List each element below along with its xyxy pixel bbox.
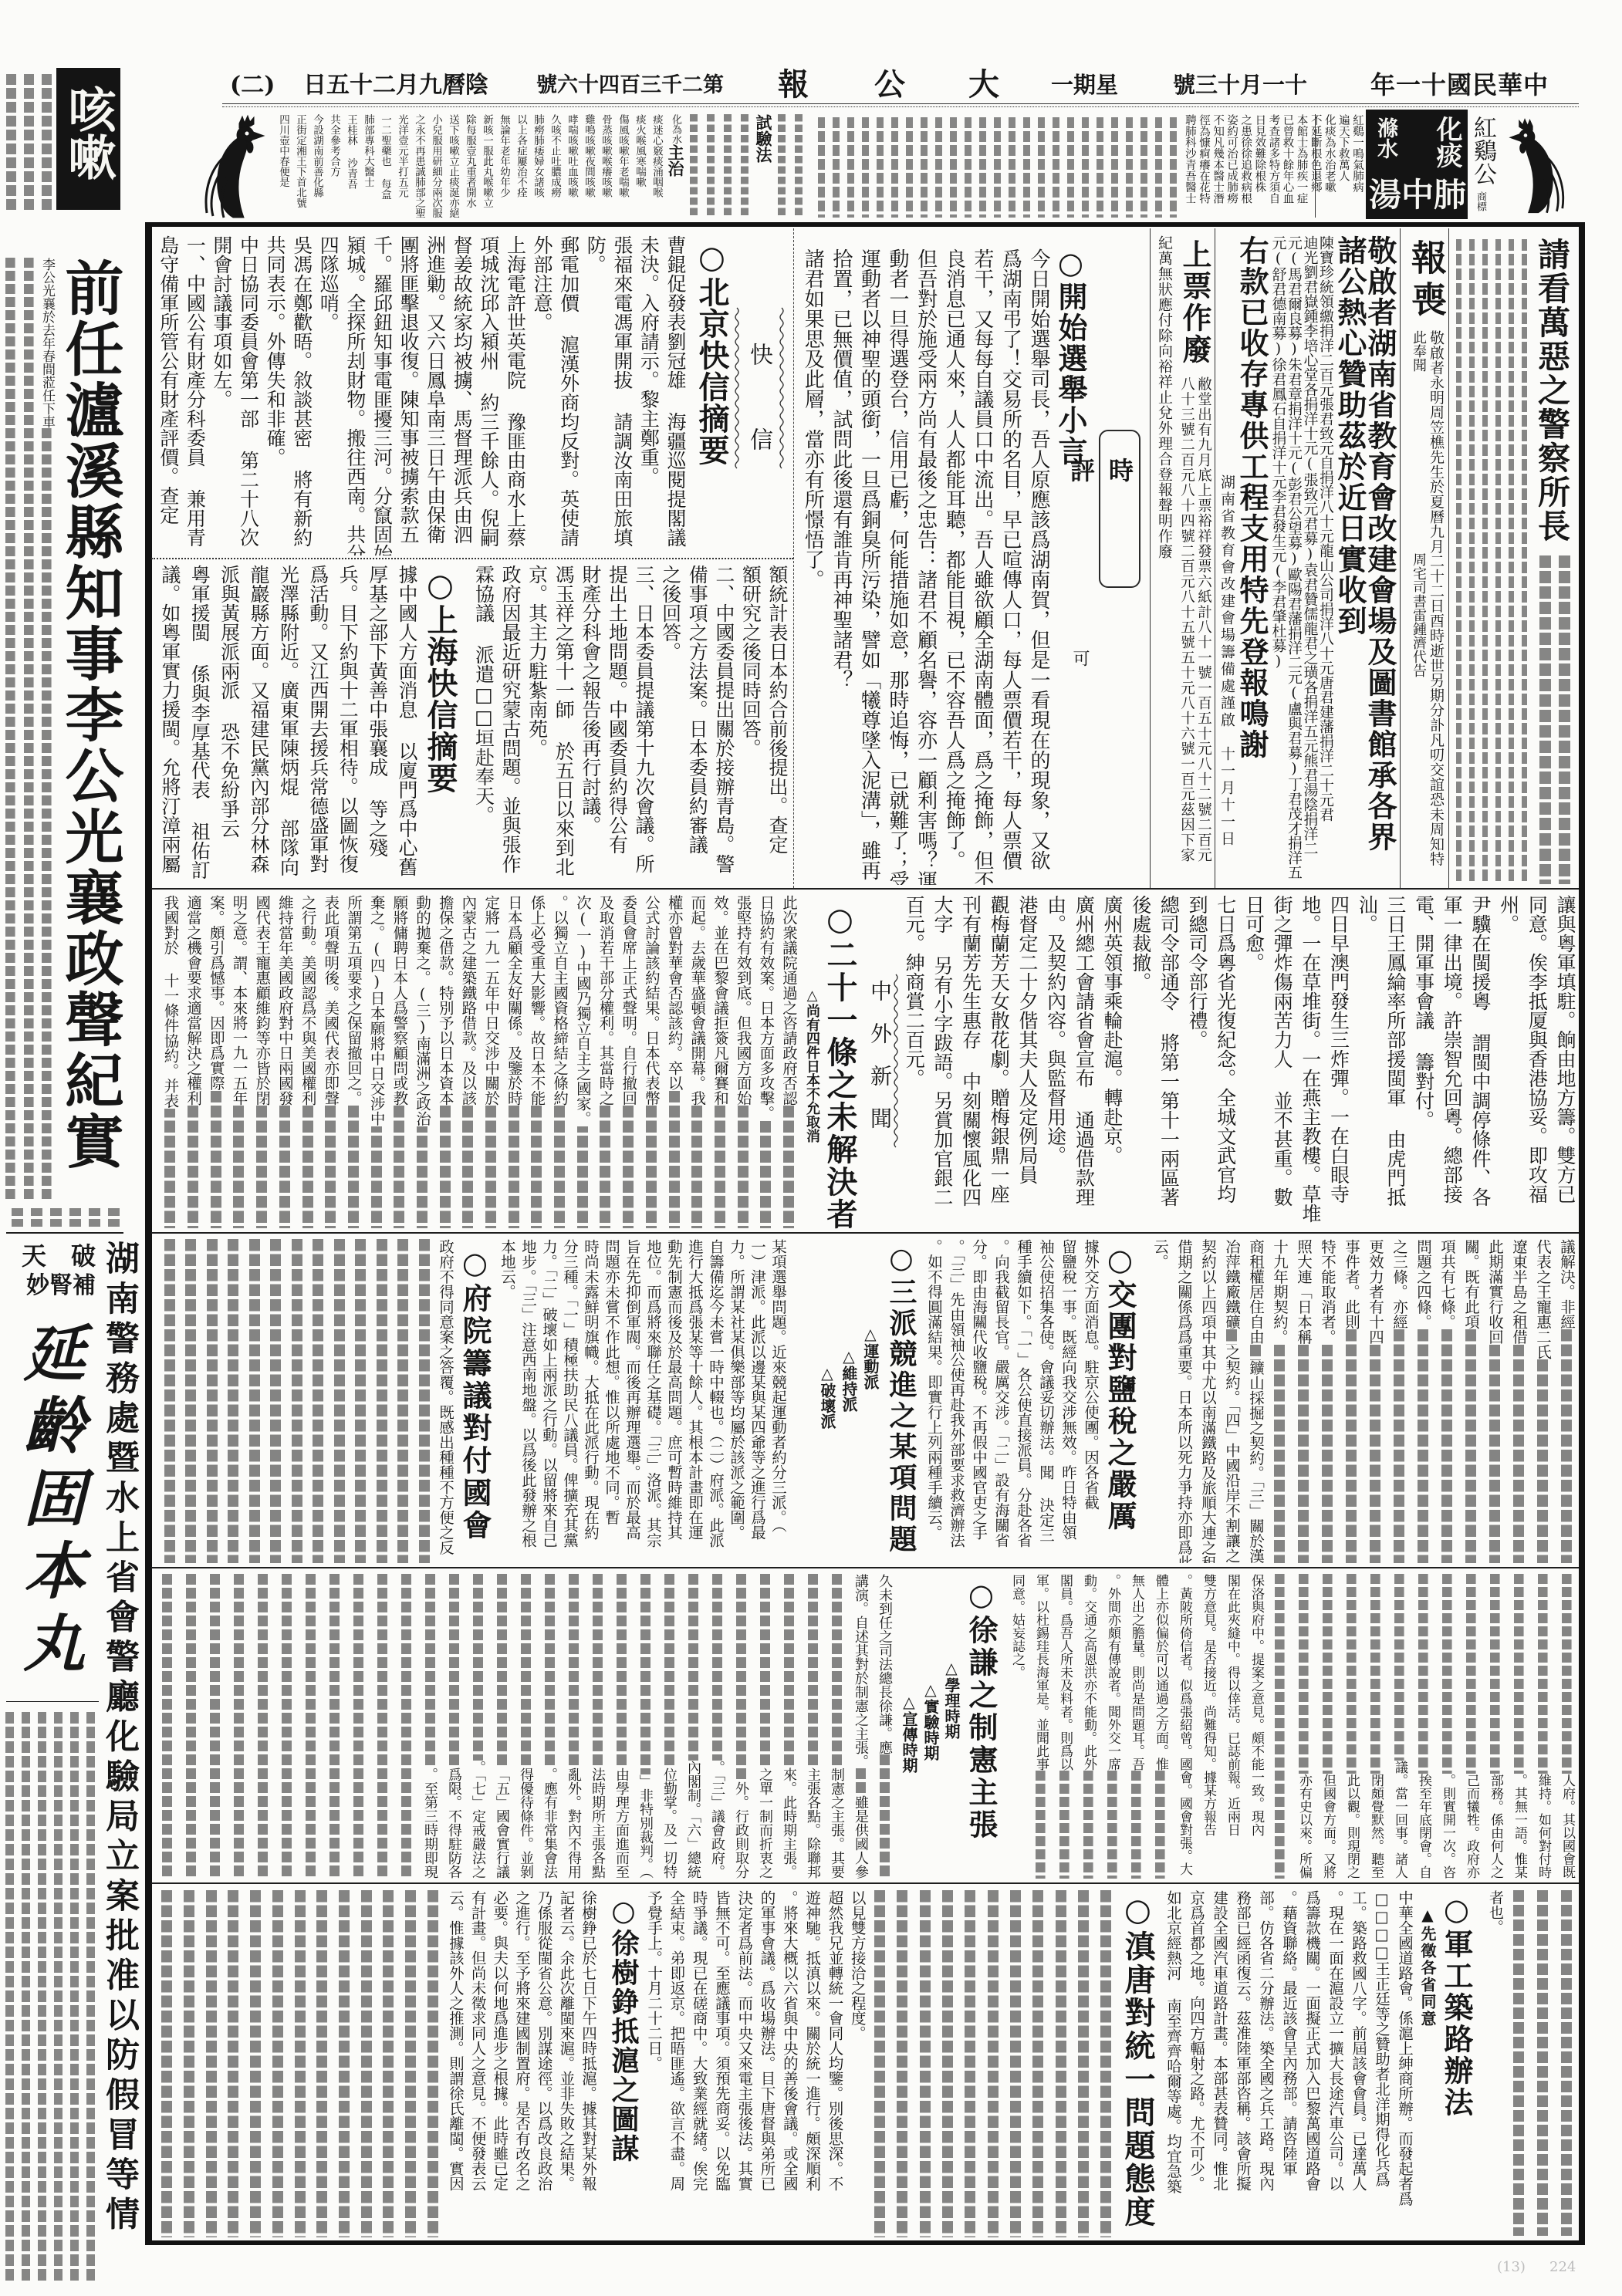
illegible-print-line: [19, 258, 37, 1200]
text-line-segment: 案。頗引爲憾事。因即爲實際: [204, 895, 228, 1091]
text-line: 力。「二」破壞如上兩派之行動。以留將來自己: [539, 1239, 559, 1563]
text-line-segment: 觀梅蘭芳天女散花劇。贈梅銀鼎一座: [988, 895, 1010, 1204]
xu-qian-article-body-end: 者也。: [1483, 1890, 1579, 2236]
text-line-segment: 防。: [584, 235, 607, 274]
text-line-segment: 尹驥在閩援粵 謂閩中調停條件、各: [1469, 895, 1492, 1207]
text-line-segment: 爲限。不得駐防各: [442, 1768, 466, 1879]
text-line-segment: 記者云。余此次離閩來滬。並非失敗之結果。: [557, 1890, 575, 2191]
text-line-segment: 工。築路救國八字。前屆該會會員。已達萬人: [1350, 1890, 1367, 2191]
text-line: 到總司令部行禮。: [1182, 895, 1211, 1228]
text-line-segment: 之進行。至予將來建國制置府。是否有改名之: [513, 1890, 531, 2191]
text-line-segment: 講演。自述其對於制憲之主張。: [849, 1574, 873, 1768]
text-line-segment: 其中尤以南滿鐵路及旅順大連之租: [1196, 1345, 1220, 1564]
text-line-segment: 額統計表日本約合前後提出。查定: [766, 565, 789, 854]
wavy-border: [892, 974, 900, 1156]
text-line-segment: 四隊巡哨。: [317, 235, 340, 332]
text-line-segment: 千。羅邱鈕知事電匪擾三河。分竄固始: [370, 235, 393, 555]
text-line: 之患徐徐追救病根: [1238, 114, 1252, 218]
text-line-segment: 保洛與府中。提案之意見。頗不能一致。現內: [1249, 1574, 1264, 1836]
text-line: 權亦曾對華會否認該約。卒以: [663, 895, 686, 1228]
illegible-print: [1452, 236, 1531, 884]
text-line: 據外交方面消息。駐京公使團。因各省截: [1080, 1239, 1102, 1563]
text-line-segment: 刊有蘭芳先生惠存 中刻關懷風化四: [960, 895, 982, 1207]
text-line: 政府因最近研究蒙古問題。並與張作: [496, 565, 523, 884]
text-line: 額研究之後同時回答。: [737, 565, 764, 884]
text-line: 備事項之方法案。日本委員約審議: [684, 565, 711, 884]
text-line-segment: 陳寶珍統領繳捐洋二百元張君致元自捐洋八十元龍山公司捐洋八十元唐君建藩捐洋二十元君: [1318, 235, 1334, 822]
text-line-segment: 電、開軍事會議 籌對付。: [1413, 895, 1435, 1129]
masthead-date-month-day: 十一月十三號: [1173, 74, 1307, 96]
text-line: 保洛與府中。提案之意見。頗不能一致。現內: [1244, 1574, 1268, 1879]
text-line: 維持當年美國政府對中日兩國發: [273, 895, 296, 1228]
text-line: 粵軍援閩 係與李厚基代表 祖佑訂: [184, 565, 214, 884]
text-line: 本地云。: [497, 1239, 518, 1563]
cough-ad-box: 咳嗽: [56, 68, 120, 210]
text-line-segment: 中華全國道路會。係滬上紳商所辦。而發起者爲: [1396, 1890, 1414, 2207]
text-line: 的軍事會議。爲收場辦法。目下唐督與弟所已: [755, 1890, 778, 2237]
text-line: 挨至年底閉會。自: [1411, 1574, 1435, 1879]
text-line: 留鹽稅一事。既經向我交涉無效。昨日特由領: [1057, 1239, 1080, 1563]
text-line-segment: 良消息已通人來，人人都能耳聽，都能目視，已不容吾人爲之掩飾了。: [942, 248, 965, 870]
text-line: 若干，又每每自議員口中流出。吾人雖欲顧全湖南體面，爲之掩飾，但不: [968, 248, 996, 885]
illegible-print: [810, 114, 1181, 218]
text-line-segment: 項共有七條。: [1435, 1239, 1459, 1329]
salt-tax-article-title: ○交團對鹽稅之嚴厲: [1105, 1242, 1134, 1532]
text-line: 此期滿實行收回: [1483, 1239, 1507, 1563]
illegible-print-line: [156, 1890, 178, 2237]
shanghai-express-lines-cont: 讓與粵軍填駐。餉由地方籌。雙方已同意。俟李抵厦與香港協妥。即攻福州。尹驥在閩援粵…: [900, 895, 1580, 1228]
text-line: 借期之關係爲爲重要。日本所以死力爭持亦即爲此: [1172, 1239, 1196, 1563]
text-line: 願將傭聘日本人爲警察顧問或教: [388, 895, 411, 1228]
text-line: 厚基之部下黃善中張襄成 等之殘: [362, 565, 391, 884]
text-line: 馮玉祥之第十一師 於五日以來到北: [550, 565, 577, 884]
masthead-rule: [222, 103, 1579, 104]
illegible-print-line: [308, 1239, 329, 1563]
text-line-segment: 來。此時期主張。: [777, 1768, 801, 1879]
text-line: 汕。: [1353, 895, 1381, 1228]
text-line: 吳馮在鄭歡晤。敘談甚密 將有新約: [288, 235, 315, 555]
text-line: 云。惟據該外人之推測。則謂徐氏離閩。實因: [444, 1890, 466, 2237]
text-line-segment: 無人出之膽量。則尚是問題耳。吾: [1124, 1574, 1148, 1771]
text-line-segment: 三、日本委員提議第十九次會議。所: [633, 565, 655, 873]
text-line: 京。其主力駐紮南苑。: [523, 565, 550, 884]
illegible-print-line: [244, 1239, 265, 1563]
text-line: 肺癆肺痿婦女諸咳: [529, 114, 546, 218]
text-line-segment: 雙方意見。是否接近。尚難得知。據某方報告: [1201, 1574, 1216, 1836]
text-line: 動。交通之高恩洪亦不能動。此外: [1076, 1574, 1100, 1879]
text-line: 日本爲顧全友好關係。及鑒於時: [502, 895, 525, 1228]
divider: [6, 1232, 123, 1234]
text-line-segment: 皆無不可。至應議事項。須預先商妥。以免臨: [713, 1890, 731, 2191]
text-line-segment: 爲活動。又江西開去援兵常德盛軍對: [307, 565, 329, 873]
lung-ad-product-box: 化痰 滌水 肺中湯: [1366, 110, 1468, 219]
cabinet-article-title: ○府院籌議對付國會: [460, 1245, 489, 1542]
text-line-segment: 閣員。爲吾人所未及料者。則爲以: [1053, 1574, 1076, 1771]
text-line: 擔保之借款。特別予以日本資本: [434, 895, 457, 1228]
text-line: 必要。與夫以何地爲進步之根據。此時雖已定: [488, 1890, 511, 2237]
text-line-segment: 姿約可治已成肺癆: [1225, 114, 1238, 204]
text-line-segment: 光洋壹元半打五元: [396, 114, 408, 198]
illegible-print-line: [299, 1574, 323, 1879]
text-line-segment: 有計畫。但尚未徵求同人之意見。不便發表云: [469, 1890, 487, 2191]
text-line: 。至第三時期即現: [418, 1574, 442, 1879]
archive-number: (13): [1497, 2259, 1526, 2275]
police-notice-title: 請看萬惡之警察所長: [1536, 238, 1568, 543]
text-line-segment: 內蒙古之建築鐵路借款。及以該: [457, 895, 480, 1106]
text-line-segment: 特不能取消者。: [1316, 1239, 1340, 1345]
text-line-segment: 今日開始選舉司長，吾人原應該爲湖南賀，但是一看現在的現象，又欲: [1027, 248, 1050, 870]
text-line-segment: 諸君如果思及此層，當亦有所憬悟了。: [801, 248, 824, 589]
text-line: 部務。係由何人之: [1483, 1574, 1507, 1879]
text-line: 日可愈。: [1239, 895, 1268, 1228]
text-line: 遼東半島之租借: [1507, 1239, 1531, 1563]
text-line-segment: 今設湖南前善化縣: [311, 114, 323, 198]
text-line-segment: 之行動。美國認爲不與美國權利: [296, 895, 319, 1106]
text-line-segment: 部務。係由何人之: [1483, 1774, 1507, 1879]
text-line-segment: 化痰為水治老嗽: [1323, 114, 1336, 193]
text-line-segment: 總司令部通令 將第一第十一兩區著: [1157, 895, 1180, 1207]
divider: [6, 1701, 99, 1702]
text-line-segment: 必要。與夫以何地爲進步之根據。此時雖已定: [491, 1890, 509, 2191]
text-line: □□□□王正廷等之贊助者北洋期得化兵爲: [1370, 1890, 1393, 2237]
left-notice-title: 前任瀘溪縣知事李公光襄政聲紀實: [60, 258, 119, 1172]
illegible-print-line: [719, 114, 736, 218]
text-line-segment: 照大連「日本稱: [1292, 1239, 1316, 1345]
text-line-segment: 擔保之借款。特別予以日本資本: [434, 895, 457, 1106]
illegible-print-line: [275, 1574, 299, 1879]
text-line: 講演。自述其對於制憲之主張。雖是供國人參: [849, 1574, 873, 1879]
funeral-notice-signature: 周宅司書雷鍾濟代告: [1411, 552, 1425, 677]
product-name: 肺中湯: [1369, 179, 1466, 211]
text-line-segment: 項城沈邱入潁州 約三千餘人。倪嗣: [478, 235, 500, 547]
text-line: 紅鷄一鳴氣肺病: [1350, 114, 1364, 218]
salt-tax-article-body: 據外交方面消息。駐京公使團。因各省截留鹽稅一事。既經向我交涉無效。昨日特由領袖公…: [923, 1239, 1102, 1563]
text-line: 冶萍鐵廠鐵礦之契約。「四」中國沿岸不割讓之: [1220, 1239, 1244, 1563]
text-line: 種手續如下。「一」各公使直接派員。分赴各省: [1012, 1239, 1035, 1563]
text-line: 廣州總工會請省會宣布 通過借款理: [1070, 895, 1098, 1228]
text-line: 四川壺中春便是: [279, 114, 292, 218]
text-line-segment: 挨至年底閉會。自: [1411, 1774, 1435, 1879]
text-line-segment: 所謂第五項要求之保留撤回之。: [342, 895, 365, 1106]
text-line: 財產分科會之報告後再行討議。: [576, 565, 603, 884]
text-line-segment: 到總司令部行禮。: [1186, 895, 1208, 1049]
text-line-segment: 鑛山採掘之契約。「三」關於漢: [1244, 1360, 1268, 1563]
text-line-segment: 爲重要。日本所以死力爭持亦即爲此: [1172, 1329, 1196, 1563]
text-line: 拾置，已無價值，試問此後還有誰肯再神聖諸君？: [826, 248, 855, 885]
commentary-label-text: 時評: [1066, 458, 1134, 528]
text-line: 有計畫。但尚未徵求同人之意見。不便發表云: [466, 1890, 488, 2237]
beijing-express-lines: 曹錕促發表劉冠雄 海疆巡閱提閣議未決。入府請示。黎主鄭重。張福來電馮軍開拔 請調…: [154, 235, 688, 555]
illegible-print-line: [265, 1239, 287, 1563]
text-line: 動者一旦得選登台，信用已虧，何能措施如意，那時追悔，已就難了；受: [883, 248, 911, 885]
text-line: 係上必受重大影響。故日本不能: [525, 895, 549, 1228]
text-line: 予覺手上。十月二十二日。: [643, 1890, 665, 2237]
text-line-segment: 肺部專科大醫士: [362, 114, 374, 187]
text-line-segment: 效。並在巴黎會議拒簽凡爾賽和: [708, 895, 732, 1106]
illegible-print-line: [959, 1890, 982, 2237]
text-line-segment: 據外交方面消息。駐京公使團。因各省截: [1082, 1239, 1100, 1510]
rooster-icon: [199, 114, 276, 219]
illegible-print-line: [982, 1890, 1004, 2237]
text-line: 送下咳嗽立止痰涎亦絕: [444, 114, 461, 218]
text-line: 久未到任之司法總長徐謙。應: [873, 1574, 897, 1879]
text-line-segment: 種手續如下。「一」各公使直接派員。分赴各省: [1015, 1239, 1032, 1548]
text-line-segment: 小兒服用研細分兩次服: [430, 114, 442, 218]
text-line-segment: 。將來大概以六省與中央的善後會議。或全國: [781, 1890, 799, 2191]
text-line: 工。築路救國八字。前屆該會會員。已達萬人: [1347, 1890, 1370, 2237]
text-line-segment: 代表之王寵惠二氏: [1531, 1239, 1555, 1359]
commentary-section-label: 時評: [1099, 430, 1140, 588]
education-notice-signature: 湖南省教育會改建會場籌備處謹啟 十一月十一日: [1219, 474, 1234, 848]
text-line: 閉頗覺默然。聽至: [1363, 1574, 1387, 1879]
text-line: 之三條。亦經: [1387, 1239, 1411, 1563]
text-line-segment: 正街定湘王下首北號: [294, 114, 306, 208]
text-line: 項共有七條。: [1435, 1239, 1459, 1563]
treaty-article-body-continued: 議解決。非經代表之王寵惠二氏遼東半島之租借此期滿實行收回關。既有此項項共有七條。…: [1148, 1239, 1579, 1563]
text-line: 來。此時期主張。: [777, 1574, 801, 1879]
commentary-title: ○開始選舉小言: [1056, 245, 1085, 467]
text-line: 。其無一語。惟某: [1507, 1574, 1531, 1879]
text-line: 迪光劉君嶽鍾李培心堂各捐洋十元(張致元君募)袁君贊儒龍君之璜各捐洋五元熊君湯陰捐…: [1302, 235, 1318, 885]
cabinet-article-lines: 政府不得同意案之答覆。既感出種種不方便之反: [159, 1239, 456, 1563]
masthead-date-roc: 中華民國十一年: [1370, 73, 1549, 97]
text-line-segment: 督姜故統家均被擄、馬督理派兵由泗: [451, 235, 473, 544]
text-line: 」非特別裁判。（: [634, 1574, 657, 1879]
text-line: 商租權居住自由鑛山採掘之契約。「三」關於漢: [1244, 1239, 1268, 1563]
text-line-segment: 久未到任之司法總長徐謙。應: [873, 1574, 897, 1754]
text-line: 運動者以神聖的頭銜，一旦爲銅臭所污染，譬如「犧尊墜入泥溝」，雖再: [855, 248, 884, 885]
text-line-segment: 。「三」議會政府。: [705, 1761, 729, 1879]
text-line-segment: 此期滿實行收回: [1483, 1239, 1507, 1345]
text-line-segment: 郵電加價 滬漢外商均反對。英使請: [558, 235, 580, 547]
text-line: 爲限。不得駐防各: [442, 1574, 466, 1879]
text-line: 部。仿各省二分辦法。築全國之兵工路。現內: [1254, 1890, 1277, 2237]
illegible-print-line: [2, 258, 19, 1200]
text-line: 痰火喉風寒喘嗽: [631, 114, 648, 218]
text-line-segment: 派與黃展派兩派 恐不免紛爭云: [218, 565, 241, 838]
illegible-print-line: [393, 1239, 414, 1563]
factions-article-title: ○三派競進之某項問題: [887, 1242, 915, 1555]
xu-shuzheng-article-body: 徐樹錚已於七日下午四時抵滬。據其對某外報記者云。余此次離閩來滬。並非失敗之結果。…: [156, 1890, 599, 2237]
row-divider: [151, 558, 793, 559]
text-line: 龍巖縣方面。又福建民黨內部分林森: [244, 565, 273, 884]
text-line: 項城沈邱入潁州 約三千餘人。倪嗣: [475, 235, 502, 555]
text-line: 讓與粵軍填駐。餉由地方籌。雙方已: [1550, 895, 1579, 1228]
text-line: 大字 另有小字跋語。另賞加官銀二: [928, 895, 956, 1228]
text-line-segment: 以見雙方接洽之程度。: [849, 1890, 867, 2041]
text-line: 分三種。「一」積極扶助民八議員。俾擴充其黨: [559, 1239, 580, 1563]
text-line: 觀梅蘭芳天女散花劇。贈梅銀鼎一座: [985, 895, 1013, 1228]
funeral-notice-body: 敬啟者永明周笠樵先生於夏曆九月二十二日酉時逝世另期分訃凡叨交誼恐未周知特: [1428, 330, 1443, 866]
archive-page-ref: 224: [1549, 2259, 1576, 2275]
wavy-border: [733, 307, 741, 481]
wavy-border: [778, 307, 786, 481]
text-line: 爲籌款機關。一面擬正式加入巴黎萬國道路會: [1300, 1890, 1323, 2237]
treaty-article-title: ○二十一條之未解決者: [824, 901, 855, 1231]
text-line-segment: 日協約有效案。日本方面多攻擊。: [755, 895, 778, 1121]
brand-name: 紅鷄公: [1471, 116, 1494, 185]
shanghai-express-lines: 據中國人方面消息 以廈門爲中心舊厚基之部下黃善中張襄成 等之殘兵。目下約與十二軍…: [154, 565, 421, 884]
funeral-notice-closing: 此奉聞: [1411, 330, 1425, 372]
text-line-segment: 除每服壹丸重者開水: [464, 114, 476, 208]
text-line-segment: 。向我截留長官。嚴厲交涉。「二」設有海關省: [992, 1239, 1010, 1548]
illegible-print: [3, 1709, 99, 2284]
text-line-segment: 元(馬君爾良募)朱君章捐洋十元(彭君公望募)歐陽君藩捐洋二元(盧與君募)丁君茂才…: [1286, 235, 1303, 880]
text-line: 今設湖南前善化縣: [309, 114, 326, 218]
yunnan-article-lines: 以見雙方接洽之程度。超然我兄並轉統一會同人均鑒。別後思深。不遊神馳。抵滇以來。關…: [643, 1890, 1117, 2237]
text-line: 今日開始選舉司長，吾人原應該爲湖南賀，但是一看現在的現象，又欲: [1024, 248, 1053, 885]
text-line: 。黃陂所倚信者。似爲張紹曾。國會。國會對張。大: [1172, 1574, 1196, 1879]
text-line: 小兒服用研細分兩次服: [427, 114, 444, 218]
text-line-segment: 汕。: [1356, 895, 1378, 934]
text-line-segment: 徐樹錚已於七日下午四時抵滬。據其對某外報: [580, 1890, 597, 2191]
text-line-segment: 外。行政則取分: [729, 1781, 753, 1879]
text-line: 但吾對於施受兩方尚有最後之忠告：諸君不顧名譽，容亦一顧利害嗎？運: [911, 248, 940, 885]
text-line-segment: 京。其主力駐紮南苑。: [526, 565, 549, 758]
text-line: 務部已經函復云。茲准陸軍部咨稱。該會所擬: [1231, 1890, 1254, 2237]
text-line: 契約以上四項中其中尤以南滿鐵路及旅順大連之租: [1196, 1239, 1220, 1563]
text-line-segment: 。其無一語。惟某: [1507, 1774, 1531, 1879]
factions-subtitle: △破壞派: [819, 1364, 835, 1429]
text-line-segment: 團將匪擊退收復。陳知事被擄索款五: [397, 235, 420, 544]
text-line: 二、中國委員提出關於接辦青島。警: [710, 565, 737, 884]
text-line-segment: 內閣制。「六」總統: [681, 1761, 705, 1879]
text-line-segment: 讓與粵軍填駐。餉由地方籌。雙方已: [1554, 895, 1576, 1204]
text-line: 三日王鳳綸率所部援閩軍 由虎門抵: [1380, 895, 1409, 1228]
text-line-segment: 予覺手上。十月二十二日。: [645, 1890, 663, 2071]
text-line-segment: 二、中國委員提出關於接辦青島。警: [713, 565, 735, 873]
text-line: 亂外。對內不得用: [562, 1574, 586, 1879]
illegible-print-line: [736, 114, 753, 218]
road-article-title: ○軍工築路辦法: [1441, 1892, 1471, 2119]
text-line: 派與黃展派兩派 恐不免紛爭云: [214, 565, 243, 884]
text-line-segment: 肺癆肺痿婦女諸咳: [532, 114, 544, 198]
illegible-print-line: [181, 1239, 202, 1563]
text-line-segment: 動。交通之高恩洪亦不能動。此外: [1076, 1574, 1100, 1771]
text-line: 聘肺科沙青吾醫士: [1183, 114, 1197, 218]
text-line: 適當之機會要求適當解決之權利: [181, 895, 204, 1228]
text-line-segment: 大字 另有小字跋語。另賞加官銀二: [931, 895, 954, 1207]
text-line: 三、日本委員提議第十九次會議。所: [630, 565, 657, 884]
text-line: 元(舒君德南募)徐君鳳石自捐洋十元李君發生元(李君肇杜募): [1270, 235, 1286, 885]
text-line: 軍一律出境。許崇智允回粵。總部接: [1438, 895, 1466, 1228]
text-line: 明之意。謂、本來將一九一五年: [228, 895, 251, 1228]
text-line-segment: 人府。其以國會既: [1555, 1774, 1579, 1879]
text-line: 問題亦未嘗不作此想。惟以所處地不同。暫: [601, 1239, 622, 1563]
tonic-ad-approval-banner: 湖南警務處暨水上省會警廳化驗局立案批准以防假冒等情: [102, 1241, 136, 2236]
xu-shuzheng-article-title: ○徐樹錚抵滬之圖謀: [610, 1895, 637, 2163]
text-line-segment: 但吾對於施受兩方尚有最後之忠告：諸君不顧名譽，容亦一顧利害嗎？運: [914, 248, 938, 885]
text-line-segment: 爲籌款機關。一面擬正式加入巴黎萬國道路會: [1303, 1890, 1321, 2191]
product-top-left: 滌水: [1375, 117, 1396, 159]
commentary-author-mark: 可: [1071, 650, 1088, 667]
text-line: 。現在一面在滬設立一擴大長途汽車公司。以: [1323, 1890, 1347, 2237]
text-line-segment: 不知凡幾本醫士潛: [1211, 114, 1224, 204]
text-line-segment: 。黃陂所倚信者。似爲張紹曾。國會。國會對張。大: [1177, 1574, 1192, 1876]
xu-qian-article-lines-end: 者也。: [1483, 1890, 1579, 2236]
text-line-segment: 棄之。(四)日本願將中日交涉中: [365, 895, 388, 1126]
treaty-article-subtitle: △尚有四件日本不允取消: [805, 988, 819, 1143]
text-line: 爲活動。又江西開去援兵常德盛軍對: [302, 565, 332, 884]
education-notice-line1: 敬啟者湖南省教育會改建會場及圖書館承各界: [1365, 235, 1394, 853]
illegible-print-line: [891, 1890, 914, 2237]
xu-qian-article-title: ○徐謙之制憲主張: [966, 1577, 995, 1842]
xu-shuzheng-article-lines: 徐樹錚已於七日下午四時抵滬。據其對某外報記者云。余此次離閩來滬。並非失敗之結果。…: [156, 1890, 599, 2237]
text-line: 正街定湘王下首北號: [292, 114, 309, 218]
masthead-page-number: (二): [230, 74, 275, 97]
text-line: 元(馬君爾良募)朱君章捐洋十元(彭君公望募)歐陽君藩捐洋二元(盧與君募)丁君茂才…: [1286, 235, 1303, 885]
text-line: 骨蒸咳嗽喉癢咳嗽: [597, 114, 614, 218]
text-line: 百元。紳商賞二百元。: [900, 895, 928, 1228]
column-divider: [793, 228, 794, 888]
text-line-segment: 本地云。: [498, 1239, 516, 1299]
remedy-ad-text: 試驗法 化為水主治 痰迷心竅痰涌咽喉痰火喉風寒喘嗽傷風咳嗽年老喘嗽骨蒸咳嗽喉癢咳…: [279, 114, 807, 218]
text-line-segment: 地位。而爲將來聯任之基礎。「三」洛派。其宗: [644, 1239, 662, 1548]
text-line-segment: 一）津派。此派以邊某與某四爺等之進行爲最: [748, 1239, 766, 1540]
text-line-segment: 。以獨立自主國資格締結之條約: [548, 895, 571, 1106]
text-line-segment: 軍一律出境。許崇智允回粵。總部接: [1441, 895, 1463, 1204]
text-line-segment: 馮玉祥之第十一師 於五日以來到北: [552, 565, 575, 876]
shanghai-express-body: 據中國人方面消息 以廈門爲中心舊厚基之部下黃善中張襄成 等之殘兵。目下約與十二軍…: [154, 565, 421, 884]
text-line-segment: 日見效難除根株: [1253, 114, 1265, 193]
funeral-notice-title: 報喪: [1409, 239, 1445, 322]
shanghai-express-title: ○上海快信摘要: [424, 567, 455, 794]
text-line-segment: □□□□王正廷等之贊助者北洋期得化兵爲: [1373, 1890, 1391, 2187]
remedy-ad-heading-test: 試驗法: [753, 114, 773, 218]
text-line-segment: 遊神馳。抵滇以來。關於統一進行。頗深順利: [803, 1890, 821, 2191]
illegible-print-line: [201, 1890, 223, 2237]
text-line-segment: 。應有非常集會法: [538, 1768, 562, 1879]
text-line: 政府不得同意案之答覆。既感出種種不方便之反: [435, 1239, 457, 1563]
text-line: 姿約可治已成肺癆: [1225, 114, 1238, 218]
text-line: 超然我兄並轉統一會同人均鑒。別後思深。不: [823, 1890, 846, 2237]
text-line: 久咳不止吐膿成癆: [546, 114, 563, 218]
text-line-segment: 張福來電馮軍開拔 請調汝南田旅填: [611, 235, 634, 547]
text-line: 光洋壹元半打五元: [394, 114, 411, 218]
illegible-print-line: [414, 1239, 435, 1563]
donor-lines: 陳寶珍統領繳捐洋二百元張君致元自捐洋八十元龍山公司捐洋八十元唐君建藩捐洋二十元君…: [1270, 235, 1333, 885]
text-line: 州。: [1494, 895, 1522, 1228]
text-line-segment: 議。如粵軍實力援閩。允將汀漳兩屬: [159, 565, 181, 873]
illegible-print-line: [223, 1239, 245, 1563]
text-line: 公式討論該約結果。日本代表幣: [640, 895, 663, 1228]
text-line-segment: 兵。目下約與十二軍相待。以圖恢復: [336, 565, 359, 873]
text-line-segment: 考查諸多特方須自: [1267, 114, 1279, 204]
row-divider: [151, 1567, 1579, 1568]
text-line: 霖協議 派遣□□垣赴奉天。: [470, 565, 497, 884]
text-line-segment: 云。: [1151, 1239, 1169, 1269]
text-line-segment: 同意。姑妄誌之。: [1009, 1574, 1025, 1679]
masthead-issue-number: 第二千三百四十六號: [536, 75, 724, 96]
text-line-segment: 願將傭聘日本人爲警察顧問或教: [388, 895, 411, 1106]
text-line-segment: 厚基之部下黃善中張襄成 等之殘: [367, 565, 389, 857]
text-line-segment: 洲進勦。又六日鳳阜南三日午由保衛: [424, 235, 447, 544]
text-line: 十九年期契約。: [1268, 1239, 1292, 1563]
text-line-segment: 動者一旦得選登台，信用已虧，何能措施如意，那時追悔，已就難了；受: [886, 248, 909, 885]
text-line-segment: 超然我兄並轉統一會同人均鑒。別後思深。不: [826, 1890, 843, 2191]
text-line-segment: 「五」國會實行議: [490, 1768, 514, 1879]
text-line: 皆無不可。至應議事項。須預先商妥。以免臨: [711, 1890, 733, 2237]
text-line: 維持。如何對付時: [1531, 1574, 1555, 1879]
text-line: 島守備軍所管公有財產評價。查定: [154, 235, 181, 555]
text-line-segment: 借期之關係爲: [1172, 1239, 1196, 1329]
text-line-segment: 此以觀。則現閉之: [1340, 1774, 1363, 1879]
text-line-segment: 者也。: [1487, 1890, 1504, 1934]
text-line: 外部注意。: [528, 235, 555, 555]
illegible-print-line: [1507, 1890, 1531, 2236]
text-line: 全結束。弟即返京。把晤匪遙。欲言不盡。周: [665, 1890, 688, 2237]
masthead-title-bao: 報: [778, 69, 809, 100]
